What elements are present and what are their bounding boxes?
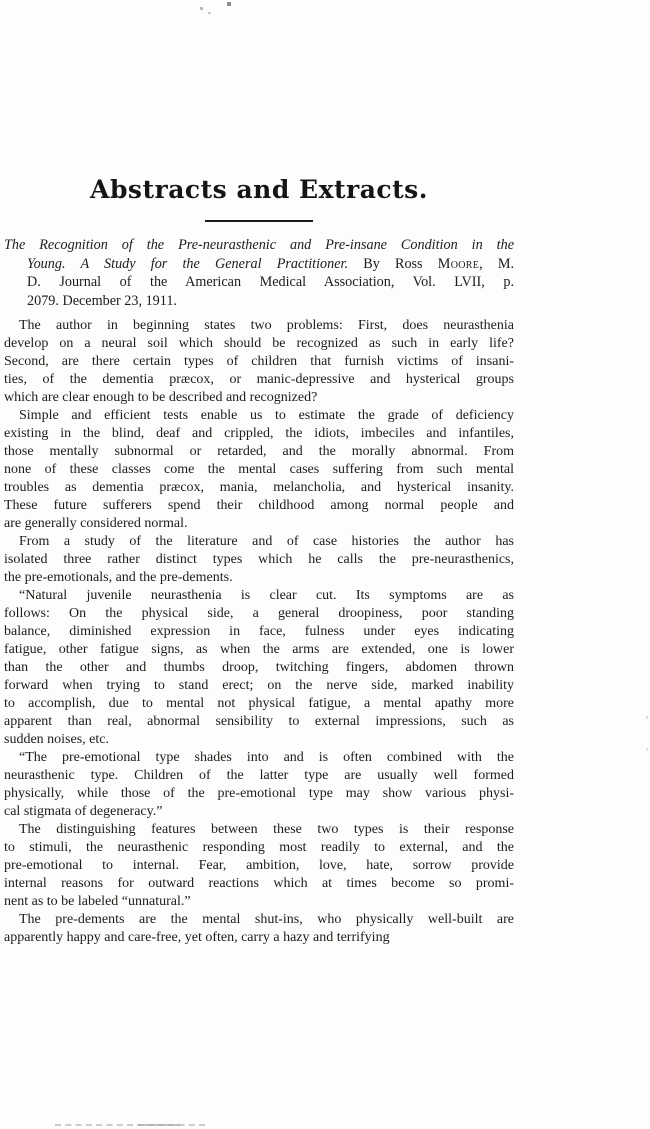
text-line: develop on a neural soil which should be… [4, 335, 514, 353]
text-line: forward when trying to stand erect; on t… [4, 677, 514, 695]
text-line: fatigue, other fatigue signs, as when th… [4, 641, 514, 659]
text-line: These future sufferers spend their child… [4, 497, 514, 515]
text-line: internal reasons for outward reactions w… [4, 875, 514, 893]
paragraph: The pre-dements are the mental shut-ins,… [4, 911, 514, 947]
text-block: Abstracts and Extracts. The Recognition … [4, 0, 514, 947]
text-line: Second, are there certain types of child… [4, 353, 514, 371]
citation-byline: By Ross [363, 256, 422, 272]
text-line: From a study of the literature and of ca… [4, 533, 514, 551]
text-line: cal stigmata of degeneracy.” [4, 803, 514, 821]
text-line: follows: On the physical side, a general… [4, 605, 514, 623]
article-body: The author in beginning states two probl… [4, 317, 514, 947]
paragraph: From a study of the literature and of ca… [4, 533, 514, 587]
text-line: than the other and thumbs droop, twitchi… [4, 659, 514, 677]
text-line: ties, of the dementia præcox, or manic-d… [4, 371, 514, 389]
text-line: those mentally subnormal or retarded, an… [4, 443, 514, 461]
paragraph: The distinguishing features between thes… [4, 821, 514, 911]
text-line: existing in the blind, deaf and crippled… [4, 425, 514, 443]
citation-block: The Recognition of the Pre-neurasthenic … [4, 236, 514, 310]
text-line: to accomplish, due to mental not physica… [4, 695, 514, 713]
scan-smudge [138, 1124, 180, 1126]
citation-line: The Recognition of the Pre-neurasthenic … [4, 236, 514, 255]
text-line: physically, while those of the pre-emoti… [4, 785, 514, 803]
text-line: sudden noises, etc. [4, 731, 514, 749]
citation-author-name: Moore [438, 256, 479, 272]
text-line: apparently happy and care-free, yet ofte… [4, 929, 514, 947]
heading-divider-rule [205, 220, 313, 222]
text-line: to stimuli, the neurasthenic responding … [4, 839, 514, 857]
page-heading: Abstracts and Extracts. [4, 176, 514, 204]
text-line: are generally considered normal. [4, 515, 514, 533]
scanned-journal-page: Abstracts and Extracts. The Recognition … [0, 0, 650, 1129]
text-line: The author in beginning states two probl… [4, 317, 514, 335]
text-line: The pre-dements are the mental shut-ins,… [4, 911, 514, 929]
scan-speck [646, 716, 648, 719]
paragraph: “The pre-emotional type shades into and … [4, 749, 514, 821]
citation-subtitle-italic: Young. A Study for the General Practitio… [27, 256, 348, 272]
text-line: which are clear enough to be described a… [4, 389, 514, 407]
text-line: pre-emotional to internal. Fear, ambitio… [4, 857, 514, 875]
paragraph: Simple and efficient tests enable us to … [4, 407, 514, 533]
text-line: nent as to be labeled “unnatural.” [4, 893, 514, 911]
text-line: “The pre-emotional type shades into and … [4, 749, 514, 767]
text-line: apparent than real, abnormal sensibility… [4, 713, 514, 731]
text-line: neurasthenic type. Children of the latte… [4, 767, 514, 785]
scan-smudge [55, 1124, 205, 1126]
paragraph: The author in beginning states two probl… [4, 317, 514, 407]
text-line: The distinguishing features between thes… [4, 821, 514, 839]
paragraph: “Natural juvenile neurasthenia is clear … [4, 587, 514, 749]
text-line: the pre-emotionals, and the pre-dements. [4, 569, 514, 587]
text-line: isolated three rather distinct types whi… [4, 551, 514, 569]
text-line: Simple and efficient tests enable us to … [4, 407, 514, 425]
scan-speck [646, 748, 648, 751]
citation-author-suffix: , M. [479, 256, 514, 272]
citation-line: 2079. December 23, 1911. [4, 292, 514, 311]
text-line: troubles as dementia præcox, mania, mela… [4, 479, 514, 497]
citation-title-italic: The Recognition of the Pre-neurasthenic … [4, 237, 514, 253]
citation-line: Young. A Study for the General Practitio… [4, 255, 514, 274]
citation-line: D. Journal of the American Medical Assoc… [4, 273, 514, 292]
text-line: none of these classes come the mental ca… [4, 461, 514, 479]
text-line: balance, diminished expression in face, … [4, 623, 514, 641]
text-line: “Natural juvenile neurasthenia is clear … [4, 587, 514, 605]
